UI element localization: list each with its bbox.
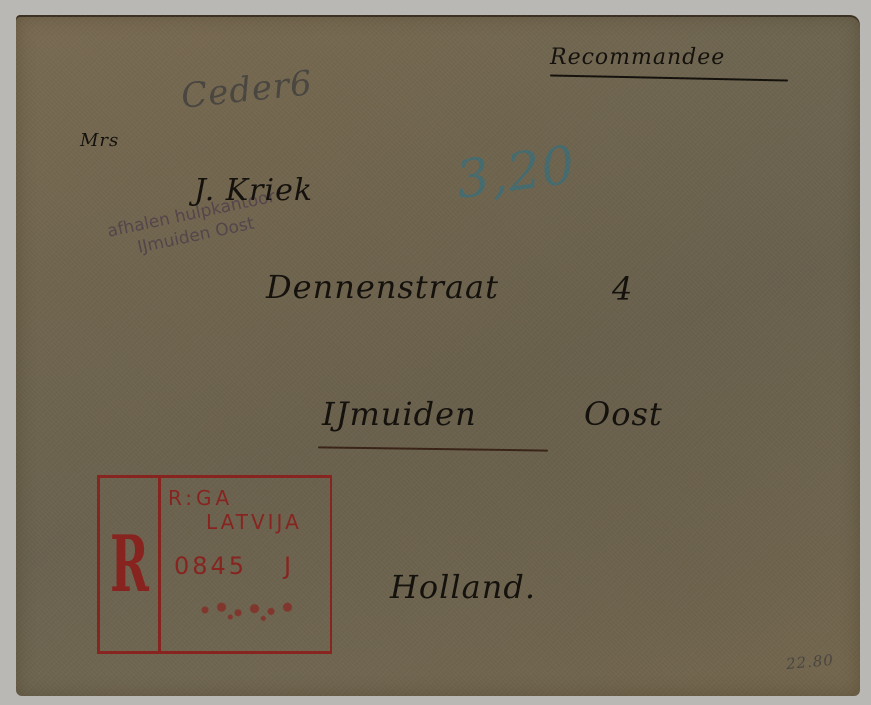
registration-underline: [550, 75, 788, 82]
registration-letter-cell: R: [100, 478, 161, 651]
recipient-name: J. Kriek: [194, 173, 313, 208]
salutation: Mrs: [80, 130, 119, 151]
ink-smudge: [194, 596, 304, 624]
registration-letter: R: [110, 526, 149, 604]
country: Holland.: [390, 568, 536, 606]
blue-crayon-mark: 3,20: [452, 135, 579, 211]
street-number: 4: [612, 270, 633, 308]
street-address: Dennenstraat: [266, 268, 499, 306]
pencil-price: 22.80: [785, 651, 834, 673]
registration-number: 0845: [174, 552, 247, 580]
registration-country: LATVIJA: [206, 510, 302, 534]
city: IJmuiden: [322, 395, 477, 433]
pencil-note: Ceder6: [179, 63, 314, 117]
registration-series: J: [284, 552, 291, 580]
district: Oost: [584, 395, 663, 433]
registration-city: R:GA: [168, 486, 233, 510]
city-underline: [318, 446, 548, 451]
registration-handwriting: Recommandee: [550, 45, 725, 70]
registration-label-box: R R:GA LATVIJA 0845 J: [97, 475, 332, 654]
